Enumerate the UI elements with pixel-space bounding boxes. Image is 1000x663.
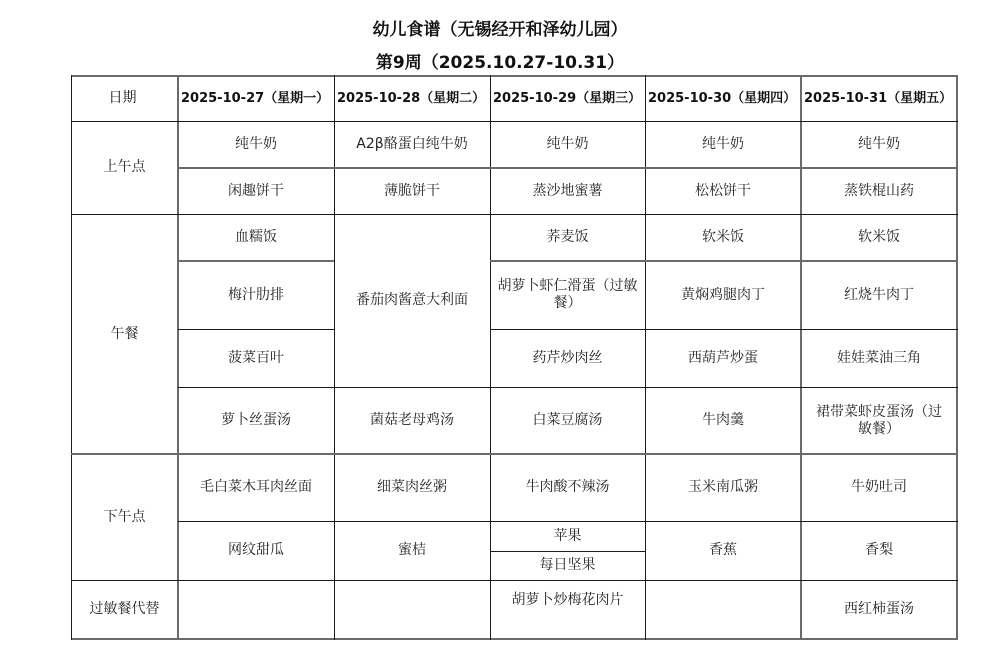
allergy-sub-mon	[178, 580, 334, 639]
table-border-bottom	[71, 638, 958, 640]
lunch-staple-mon: 血糯饭	[178, 214, 334, 261]
morning-snack-mon-1: 纯牛奶	[178, 121, 334, 168]
day-header-mon: 2025-10-27（星期一）	[178, 76, 334, 121]
afternoon-snack-thu-1: 玉米南瓜粥	[645, 454, 801, 521]
afternoon-snack-wed-2: 苹果	[490, 521, 645, 551]
row-divider-afternoon-end	[71, 580, 958, 581]
row-divider-lunch-end	[71, 453, 958, 455]
morning-snack-fri-1: 纯牛奶	[801, 121, 957, 168]
lunch-side-wed: 药芹炒肉丝	[490, 329, 645, 387]
morning-snack-thu-2: 松松饼干	[645, 168, 801, 214]
lunch-main-fri: 红烧牛肉丁	[801, 261, 957, 329]
lunch-side-thu: 西葫芦炒蛋	[645, 329, 801, 387]
morning-snack-thu-1: 纯牛奶	[645, 121, 801, 168]
lunch-soup-mon: 萝卜丝蛋汤	[178, 387, 334, 454]
section-label-lunch: 午餐	[71, 214, 178, 454]
lunch-staple-tue: 番茄肉酱意大利面	[334, 214, 490, 387]
lunch-side-fri: 娃娃菜油三角	[801, 329, 957, 387]
morning-snack-fri-2: 蒸铁棍山药	[801, 168, 957, 214]
lunch-staple-wed: 荞麦饭	[490, 214, 645, 261]
lunch-main-mon: 梅汁肋排	[178, 261, 334, 329]
afternoon-snack-fri-2: 香梨	[801, 521, 957, 580]
morning-snack-tue-1: A2β酪蛋白纯牛奶	[334, 121, 490, 168]
col-divider-5	[800, 75, 802, 640]
row-divider-morning	[178, 167, 958, 169]
morning-snack-wed-1: 纯牛奶	[490, 121, 645, 168]
section-label-afternoon-snack: 下午点	[71, 454, 178, 580]
afternoon-snack-wed-1: 牛肉酸不辣汤	[490, 454, 645, 521]
row-divider-afternoon-wed-split	[490, 551, 645, 552]
morning-snack-mon-2: 闲趣饼干	[178, 168, 334, 214]
row-divider-lunch-1-rest	[490, 260, 958, 262]
day-header-wed: 2025-10-29（星期三）	[490, 76, 645, 121]
row-divider-lunch-2-mon	[178, 329, 334, 330]
row-divider-morning-end	[71, 214, 958, 215]
afternoon-snack-thu-2: 香蕉	[645, 521, 801, 580]
row-divider-lunch-3	[178, 387, 958, 388]
lunch-soup-tue: 菌菇老母鸡汤	[334, 387, 490, 454]
row-divider-afternoon	[178, 521, 958, 522]
afternoon-snack-tue-1: 细菜肉丝粥	[334, 454, 490, 521]
allergy-sub-tue	[334, 580, 490, 639]
row-divider-lunch-1-mon	[178, 260, 334, 262]
morning-snack-wed-2: 蒸沙地蜜薯	[490, 168, 645, 214]
lunch-side-mon: 菠菜百叶	[178, 329, 334, 387]
col-divider-3	[490, 75, 491, 640]
section-label-morning-snack: 上午点	[71, 121, 178, 214]
day-header-thu: 2025-10-30（星期四）	[645, 76, 801, 121]
day-header-tue: 2025-10-28（星期二）	[334, 76, 490, 121]
row-divider-lunch-2-rest	[490, 329, 958, 330]
section-label-allergy-substitute: 过敏餐代替	[71, 580, 178, 639]
afternoon-snack-mon-1: 毛白菜木耳肉丝面	[178, 454, 334, 521]
afternoon-snack-tue-2: 蜜桔	[334, 521, 490, 580]
table-border-top	[71, 75, 958, 77]
col-divider-1	[177, 75, 179, 640]
lunch-soup-wed: 白菜豆腐汤	[490, 387, 645, 454]
day-header-fri: 2025-10-31（星期五）	[801, 76, 957, 121]
afternoon-snack-wed-2-extra: 每日坚果	[490, 551, 645, 580]
table-border-right	[956, 75, 958, 640]
lunch-staple-fri: 软米饭	[801, 214, 957, 261]
corner-date-label: 日期	[71, 76, 178, 121]
morning-snack-tue-2: 薄脆饼干	[334, 168, 490, 214]
col-divider-2	[334, 75, 335, 640]
lunch-main-wed: 胡萝卜虾仁滑蛋（过敏餐）	[490, 261, 645, 329]
allergy-sub-wed: 胡萝卜炒梅花肉片	[490, 580, 645, 639]
col-divider-4	[645, 75, 646, 640]
lunch-soup-thu: 牛肉羹	[645, 387, 801, 454]
lunch-soup-fri: 裙带菜虾皮蛋汤（过敏餐）	[801, 387, 957, 454]
row-divider-header	[71, 121, 958, 122]
afternoon-snack-fri-1: 牛奶吐司	[801, 454, 957, 521]
lunch-staple-thu: 软米饭	[645, 214, 801, 261]
table-border-left	[71, 75, 72, 640]
lunch-main-thu: 黄焖鸡腿肉丁	[645, 261, 801, 329]
afternoon-snack-mon-2: 网纹甜瓜	[178, 521, 334, 580]
allergy-sub-fri: 西红柿蛋汤	[801, 580, 957, 639]
allergy-sub-thu	[645, 580, 801, 639]
menu-table: 日期 2025-10-27（星期一） 2025-10-28（星期二） 2025-…	[0, 0, 1000, 663]
